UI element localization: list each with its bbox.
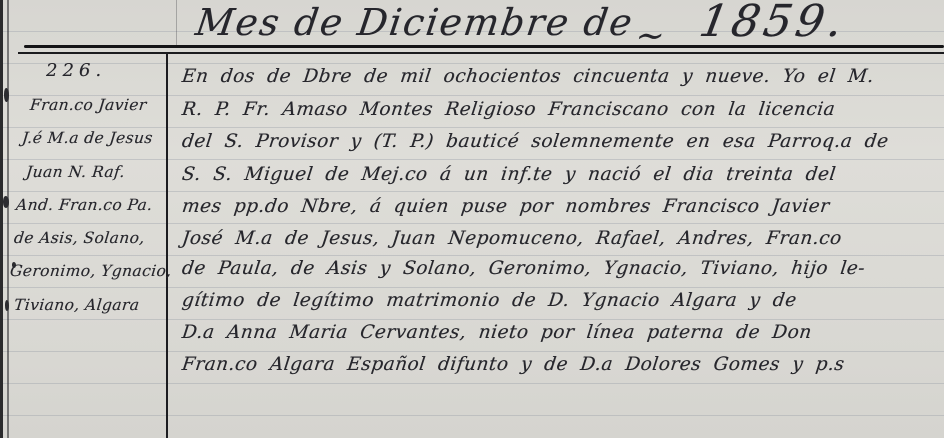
- document-scan: Mes de Diciembre de ~ 1859. 226. Fran.co…: [0, 0, 944, 438]
- record-text-line: de Paula, de Asis y Solano, Geronimo, Yg…: [181, 258, 867, 279]
- record-text-line: D.a Anna Maria Cervantes, nieto por líne…: [181, 322, 813, 343]
- column-divider: [166, 52, 168, 438]
- record-text-line: En dos de Dbre de mil ochocientos cincue…: [181, 66, 875, 87]
- page-binding-edge: [0, 0, 3, 438]
- page-binding-edge-inner: [7, 0, 9, 438]
- margin-name-line: Juan N. Raf.: [25, 163, 126, 181]
- ink-speck: [5, 300, 9, 311]
- margin-name-line: Tiviano, Algara: [13, 296, 140, 314]
- record-text-line: R. P. Fr. Amaso Montes Religioso Francis…: [181, 99, 837, 120]
- margin-name-line: de Asis, Solano,: [13, 229, 146, 247]
- header-rule-top: [24, 45, 944, 48]
- record-text-line: del S. Provisor y (T. P.) bauticé solemn…: [181, 131, 890, 152]
- entry-number: 226.: [46, 60, 106, 81]
- page-year: 1859.: [696, 0, 851, 47]
- record-text-line: mes pp.do Nbre, á quien puse por nombres…: [181, 196, 831, 217]
- ink-speck: [4, 88, 9, 102]
- page-title: Mes de Diciembre de: [193, 1, 637, 44]
- margin-name-line: And. Fran.co Pa.: [15, 196, 153, 214]
- margin-name-line: Geronimo, Ygnacio,: [9, 262, 173, 280]
- margin-name-line: Fran.co Javier: [29, 96, 148, 114]
- margin-name-line: J.é M.a de Jesus: [21, 129, 154, 147]
- ink-speck: [3, 196, 9, 208]
- record-text-line: gítimo de legítimo matrimonio de D. Ygna…: [181, 290, 798, 311]
- title-flourish: ~: [632, 16, 669, 56]
- record-text-line: Fran.co Algara Español difunto y de D.a …: [181, 354, 846, 375]
- record-text-line: José M.a de Jesus, Juan Nepomuceno, Rafa…: [181, 228, 843, 249]
- header-rule-bottom: [18, 52, 944, 54]
- header-vertical-line: [176, 0, 177, 47]
- record-text-line: S. S. Miguel de Mej.co á un inf.te y nac…: [181, 164, 837, 185]
